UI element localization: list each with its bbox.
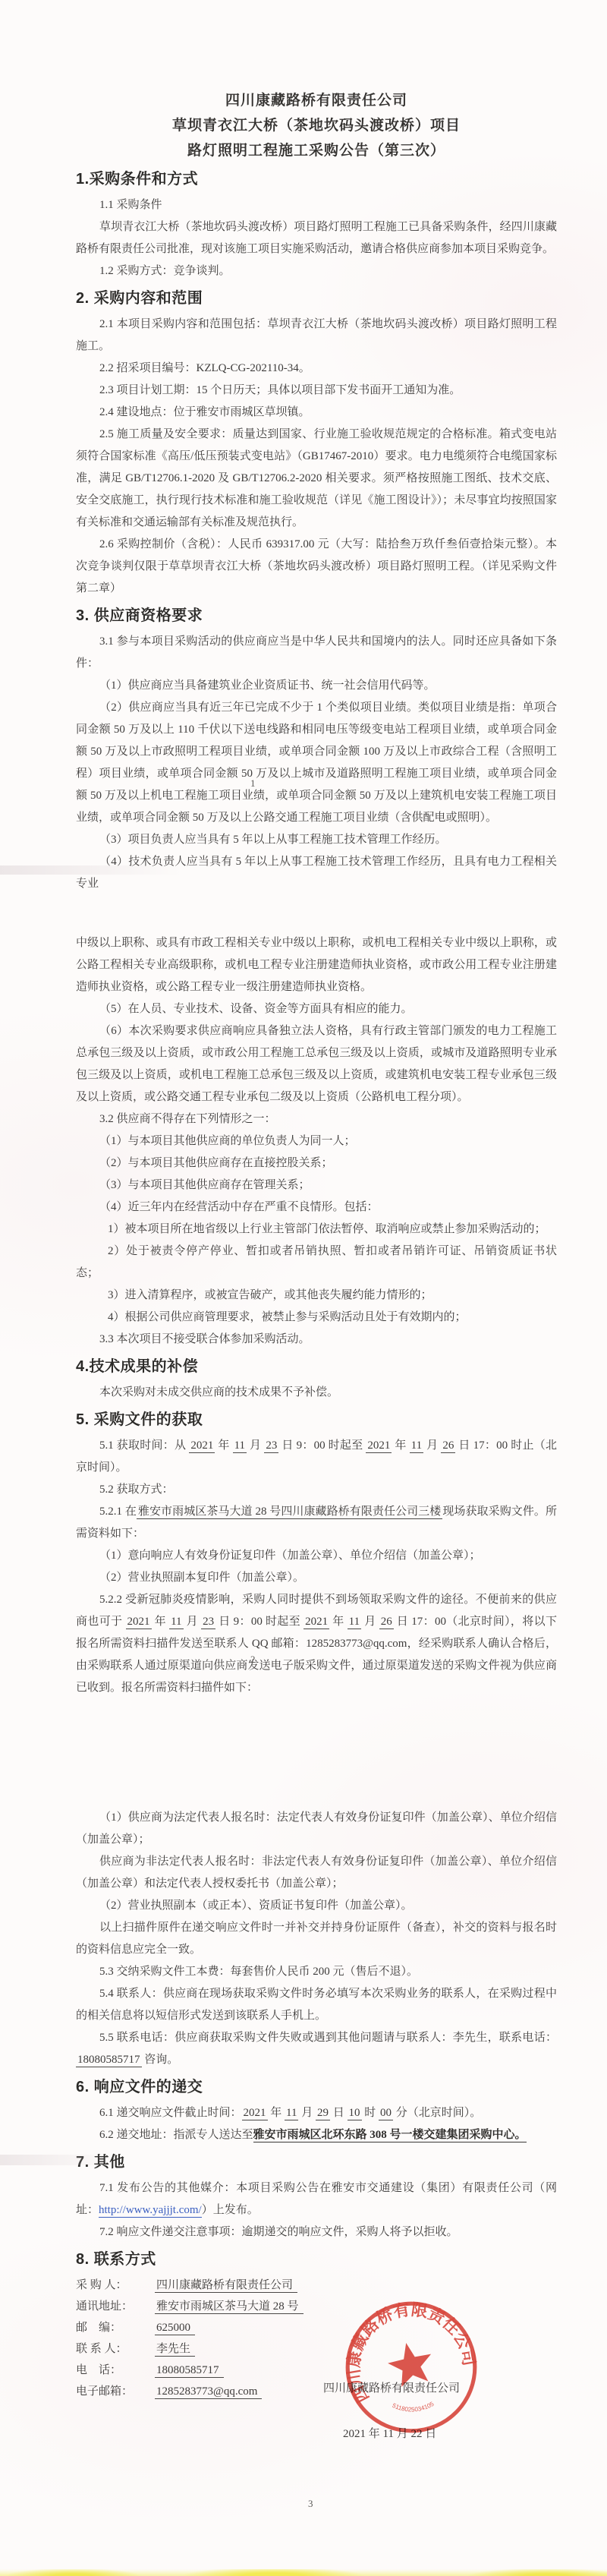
paragraph: 2.4 建设地点：位于雅安市雨城区草坝镇。 [76, 402, 557, 424]
paragraph: 7.2 响应文件递交注意事项：逾期递交的响应文件，采购人将予以拒收。 [76, 2221, 557, 2243]
text-segment: 3.1 参与本项目采购活动的供应商应当是中华人民共和国境内的法人。同时还应具备如… [76, 635, 557, 670]
text-segment: 7.2 响应文件递交注意事项：逾期递交的响应文件，采购人将予以拒收。 [99, 2226, 458, 2238]
text-segment: 1.1 采购条件 [99, 199, 162, 211]
text-segment: 分（北京时间）。 [393, 2107, 481, 2119]
contact-label: 通讯地址： [76, 2296, 155, 2317]
text-segment: 2.6 采购控制价（含税）：人民币 639317.00 元（大写：陆拾叁万玖仟叁… [76, 538, 557, 594]
scan-streak [0, 865, 182, 875]
document-title: 四川康藏路桥有限责任公司 草坝青衣江大桥（茶地坎码头渡改桥）项目 路灯照明工程施… [76, 88, 557, 163]
text-segment: （1）意向响应人有效身份证复印件（加盖公章）、单位介绍信（加盖公章）； [99, 1550, 481, 1562]
paragraph: （5）在人员、专业技术、设备、资金等方面具有相应的能力。 [76, 998, 557, 1020]
paragraph: 1.1 采购条件 [76, 194, 557, 216]
announcement-site-link[interactable]: http://www.yajjjt.com/ [99, 2204, 202, 2218]
text-segment: （5）在人员、专业技术、设备、资金等方面具有相应的能力。 [99, 1003, 413, 1015]
text-segment: 日 [330, 2107, 348, 2119]
paragraph: 2.3 项目计划工期：15 个日历天；具体以项目部下发书面开工通知为准。 [76, 380, 557, 402]
section-heading: 5. 采购文件的获取 [76, 1408, 557, 1432]
text-segment: 3）进入清算程序，或被宣告破产，或其他丧失履约能力情形的； [108, 1289, 432, 1301]
contact-value: 18080585717 [155, 2364, 224, 2378]
paragraph: （6）本次采购要求供应商响应具备独立法人资格，具有行政主管部门颁发的电力工程施工… [76, 1020, 557, 1108]
emphasized-text: 11 [410, 1439, 423, 1453]
text-segment: （6）本次采购要求供应商响应具备独立法人资格，具有行政主管部门颁发的电力工程施工… [76, 1025, 557, 1103]
contact-label: 联 系 人： [76, 2338, 155, 2360]
paragraph: （1）供应商为法定代表人报名时：法定代表人有效身份证复印件（加盖公章）、单位介绍… [76, 1807, 557, 1851]
text-segment: （4）近三年内在经营活动中存在严重不良情形。包括： [99, 1201, 379, 1213]
page-1: 四川康藏路桥有限责任公司 草坝青衣江大桥（茶地坎码头渡改桥）项目 路灯照明工程施… [0, 0, 607, 820]
paragraph: 5.1 获取时间：从 2021 年 11 月 23 日 9：00 时起至 202… [76, 1435, 557, 1479]
text-segment: 年 [392, 1439, 409, 1452]
text-segment: 1）被本项目所在地省级以上行业主管部门依法暂停、取消响应或禁止参加采购活动的； [108, 1223, 546, 1235]
text-segment: 月 [361, 1616, 379, 1628]
contact-value: 李先生 [155, 2343, 195, 2357]
paragraph: 2）处于被责令停产停业、暂扣或者吊销执照、暂扣或者吊销许可证、吊销资质证书状态； [76, 1241, 557, 1285]
page-2-body: 中级以上职称、或具有市政工程相关专业中级以上职称，或机电工程相关专业中级以上职称… [76, 932, 557, 1699]
text-segment: 4）根据公司供应商管理要求，被禁止参与采购活动且处于有效期内的； [108, 1311, 467, 1323]
section-heading: 8. 联系方式 [76, 2248, 557, 2272]
text-segment: 以上扫描件原件在递交响应文件时一并补交并持身份证原件（备查），补交的资料与报名时… [76, 1922, 557, 1956]
contact-row: 采 购 人：四川康藏路桥有限责任公司 [76, 2275, 557, 2296]
text-segment: 6.1 递交响应文件截止时间： [99, 2107, 242, 2119]
text-segment: （1）供应商应当具备建筑业企业资质证书、统一社会信用代码等。 [99, 679, 436, 692]
text-segment: 5.1 获取时间：从 [99, 1439, 189, 1452]
paragraph: （1）意向响应人有效身份证复印件（加盖公章）、单位介绍信（加盖公章）； [76, 1545, 557, 1567]
page-number: 1 [250, 777, 256, 790]
emphasized-text: 2021 [189, 1439, 215, 1453]
emphasized-text: 雅安市雨城区北环东路 308 号一楼交建集团采购中心。 [253, 2129, 527, 2142]
text-segment: （2）营业执照副本复印件（加盖公章）。 [99, 1572, 304, 1584]
paragraph: 5.2.1 在雅安市雨城区茶马大道 28 号四川康藏路桥有限责任公司三楼现场获取… [76, 1501, 557, 1545]
emphasized-text: 11 [285, 2107, 298, 2120]
paragraph: 本次采购对未成交供应商的技术成果不予补偿。 [76, 1382, 557, 1404]
section-heading: 7. 其他 [76, 2151, 557, 2174]
paragraph: 5.2 获取方式： [76, 1479, 557, 1501]
text-segment: 5. 采购文件的获取 [76, 1411, 203, 1428]
emphasized-text: 26 [379, 1616, 394, 1629]
text-segment: 时 [362, 2107, 379, 2119]
text-segment: 2.1 本项目采购内容和范围包括：草坝青衣江大桥（茶地坎码头渡改桥）项目路灯照明… [76, 318, 557, 352]
contact-label: 邮 编： [76, 2317, 155, 2338]
paragraph: 1.2 采购方式：竞争谈判。 [76, 260, 557, 282]
paragraph: 7.1 发布公告的其他媒介：本项目采购公告在雅安市交通建设（集团）有限责任公司（… [76, 2177, 557, 2221]
text-segment: 5.5 联系电话：供应商获取采购文件失败或遇到其他问题请与联系人：李先生，联系电… [99, 2032, 557, 2044]
text-segment: 日 9：00 时起至 [215, 1616, 303, 1628]
page-1-body: 1.采购条件和方式1.1 采购条件草坝青衣江大桥（茶地坎码头渡改桥）项目路灯照明… [76, 168, 557, 895]
paragraph: 1）被本项目所在地省级以上行业主管部门依法暂停、取消响应或禁止参加采购活动的； [76, 1219, 557, 1241]
text-segment: （1）与本项目其他供应商的单位负责人为同一人； [99, 1135, 356, 1147]
paragraph: 2.6 采购控制价（含税）：人民币 639317.00 元（大写：陆拾叁万玖仟叁… [76, 534, 557, 600]
paragraph: 供应商为非法定代表人报名时：非法定代表人有效身份证复印件（加盖公章）、单位介绍信… [76, 1851, 557, 1895]
text-segment: 草坝青衣江大桥（茶地坎码头渡改桥）项目路灯照明工程施工已具备采购条件，经四川康藏… [76, 221, 557, 255]
page-number: 3 [308, 2498, 313, 2510]
section-heading: 2. 采购内容和范围 [76, 287, 557, 311]
paragraph: 4）根据公司供应商管理要求，被禁止参与采购活动且处于有效期内的； [76, 1307, 557, 1329]
section-heading: 1.采购条件和方式 [76, 168, 557, 191]
text-segment: 5.2.1 在 [99, 1506, 137, 1518]
title-line-2: 草坝青衣江大桥（茶地坎码头渡改桥）项目 [76, 113, 557, 138]
text-segment: （2）供应商应当具有近三年已完成不少于 1 个类似项目业绩。类似项目业绩是指：单… [76, 702, 557, 824]
contact-value: 雅安市雨城区茶马大道 28 号 [155, 2300, 303, 2314]
paragraph: 5.3 交纳采购文件工本费：每套售价人民币 200 元（售后不退）。 [76, 1961, 557, 1983]
scan-edge-artifact [0, 2569, 607, 2576]
text-segment: 3.3 本次项目不接受联合体参加采购活动。 [99, 1333, 310, 1345]
contact-label: 采 购 人： [76, 2275, 155, 2296]
paragraph: 2.1 本项目采购内容和范围包括：草坝青衣江大桥（茶地坎码头渡改桥）项目路灯照明… [76, 314, 557, 358]
emphasized-text: 29 [316, 2107, 330, 2120]
text-segment: （2）与本项目其他供应商存在直接控股关系； [99, 1157, 333, 1169]
text-segment: （3）与本项目其他供应商存在管理关系； [99, 1179, 310, 1191]
emphasized-text: 雅安市雨城区茶马大道 28 号四川康藏路桥有限责任公司三楼 [137, 1506, 442, 1519]
seal-code-text: 5118025034105 [390, 2394, 436, 2418]
text-segment: 5.4 联系人：供应商在现场获取采购文件时务必填写本次采购业务的联系人，在采购过… [76, 1988, 557, 2022]
text-segment: 8. 联系方式 [76, 2251, 156, 2268]
text-segment: 月 [184, 1616, 202, 1628]
emphasized-text: 2021 [126, 1616, 152, 1629]
paragraph: （2）营业执照副本复印件（加盖公章）。 [76, 1567, 557, 1589]
text-segment: （2）营业执照副本（或正本）、资质证书复印件（加盖公章）。 [99, 1900, 413, 1912]
text-segment: 2.4 建设地点：位于雅安市雨城区草坝镇。 [99, 406, 310, 418]
svg-text:5118025034105: 5118025034105 [390, 2394, 436, 2418]
paragraph: 5.4 联系人：供应商在现场获取采购文件时务必填写本次采购业务的联系人，在采购过… [76, 1983, 557, 2027]
paragraph: 2.2 招采项目编号：KZLQ-CG-202110-34。 [76, 358, 557, 380]
section-heading: 3. 供应商资格要求 [76, 604, 557, 628]
contact-label: 电子邮箱： [76, 2381, 155, 2402]
paragraph: （1）供应商应当具备建筑业企业资质证书、统一社会信用代码等。 [76, 675, 557, 697]
text-segment: 1.2 采购方式：竞争谈判。 [99, 265, 231, 277]
text-segment: 本次采购对未成交供应商的技术成果不予补偿。 [99, 1386, 338, 1398]
text-segment: 供应商为非法定代表人报名时：非法定代表人有效身份证复印件（加盖公章）、单位介绍信… [76, 1856, 557, 1890]
text-segment: 5.3 交纳采购文件工本费：每套售价人民币 200 元（售后不退）。 [99, 1966, 418, 1978]
paragraph: （2）营业执照副本（或正本）、资质证书复印件（加盖公章）。 [76, 1895, 557, 1917]
text-segment: 2）处于被责令停产停业、暂扣或者吊销执照、暂扣或者吊销许可证、吊销资质证书状态； [76, 1245, 557, 1279]
emphasized-text: 2021 [366, 1439, 392, 1453]
paragraph: 2.5 施工质量及安全要求：质量达到国家、行业施工验收规范规定的合格标准。箱式变… [76, 424, 557, 534]
section-heading: 4.技术成果的补偿 [76, 1355, 557, 1379]
text-segment: 3. 供应商资格要求 [76, 607, 203, 624]
page-3: （1）供应商为法定代表人报名时：法定代表人有效身份证复印件（加盖公章）、单位介绍… [0, 1678, 607, 2576]
emphasized-text: 23 [264, 1439, 278, 1453]
contact-value: 1285283773@qq.com [155, 2385, 262, 2399]
paragraph: 6.1 递交响应文件截止时间：2021 年 11 月 29 日 10 时 00 … [76, 2102, 557, 2124]
paragraph: 中级以上职称、或具有市政工程相关专业中级以上职称，或机电工程相关专业中级以上职称… [76, 932, 557, 998]
emphasized-text: 2021 [242, 2107, 268, 2120]
text-segment: 2. 采购内容和范围 [76, 290, 203, 307]
paragraph: 以上扫描件原件在递交响应文件时一并补交并持身份证原件（备查），补交的资料与报名时… [76, 1917, 557, 1961]
section-heading: 6. 响应文件的递交 [76, 2076, 557, 2099]
text-segment: 6.2 递交地址：指派专人送达至 [99, 2129, 253, 2141]
text-segment: 年 [215, 1439, 232, 1452]
emphasized-text: 23 [201, 1616, 215, 1629]
text-segment: 2.2 招采项目编号：KZLQ-CG-202110-34。 [99, 362, 310, 374]
text-segment: 7. 其他 [76, 2154, 125, 2171]
text-segment: 年 [329, 1616, 348, 1628]
text-segment: （1）供应商为法定代表人报名时：法定代表人有效身份证复印件（加盖公章）、单位介绍… [76, 1811, 557, 1846]
page-number: 2 [250, 1654, 256, 1666]
emphasized-text: 2021 [303, 1616, 329, 1629]
text-segment: 6. 响应文件的递交 [76, 2079, 203, 2095]
paragraph: 5.5 联系电话：供应商获取采购文件失败或遇到其他问题请与联系人：李先生，联系电… [76, 2027, 557, 2071]
text-segment: 1.采购条件和方式 [76, 171, 198, 188]
paragraph: （1）与本项目其他供应商的单位负责人为同一人； [76, 1130, 557, 1152]
page-3-body: （1）供应商为法定代表人报名时：法定代表人有效身份证复印件（加盖公章）、单位介绍… [76, 1807, 557, 2272]
title-line-3: 路灯照明工程施工采购公告（第三次） [76, 138, 557, 163]
text-segment: 2.3 项目计划工期：15 个日历天；具体以项目部下发书面开工通知为准。 [99, 384, 461, 396]
text-segment: 咨询。 [142, 2054, 179, 2066]
paragraph: 3.1 参与本项目采购活动的供应商应当是中华人民共和国境内的法人。同时还应具备如… [76, 631, 557, 675]
paragraph: （4）近三年内在经营活动中存在严重不良情形。包括： [76, 1197, 557, 1219]
paragraph: （3）与本项目其他供应商存在管理关系； [76, 1174, 557, 1197]
text-segment: 月 [247, 1439, 264, 1452]
emphasized-text: 18080585717 [76, 2054, 142, 2067]
paragraph: 3）进入清算程序，或被宣告破产，或其他丧失履约能力情形的； [76, 1285, 557, 1307]
paragraph: 3.2 供应商不得存在下列情形之一： [76, 1108, 557, 1130]
paragraph: （2）与本项目其他供应商存在直接控股关系； [76, 1152, 557, 1174]
page-2: 中级以上职称、或具有市政工程相关专业中级以上职称，或机电工程相关专业中级以上职称… [0, 820, 607, 1678]
star-icon [385, 2338, 437, 2388]
text-segment: 月 [298, 2107, 316, 2119]
scanned-document: 四川康藏路桥有限责任公司 草坝青衣江大桥（茶地坎码头渡改桥）项目 路灯照明工程施… [0, 0, 607, 2576]
emphasized-text: 26 [441, 1439, 455, 1453]
company-seal: 四川康藏路桥有限责任公司 5118025034105 [329, 2284, 494, 2450]
emphasized-text: 10 [348, 2107, 362, 2120]
title-line-1: 四川康藏路桥有限责任公司 [76, 88, 557, 113]
text-segment: 年 [268, 2107, 285, 2119]
text-segment: 年 [152, 1616, 170, 1628]
paragraph: 6.2 递交地址：指派专人送达至雅安市雨城区北环东路 308 号一楼交建集团采购… [76, 2124, 557, 2146]
text-segment: ）上发布。 [202, 2204, 259, 2216]
emphasized-text: 00 [379, 2107, 393, 2120]
paragraph: （2）供应商应当具有近三年已完成不少于 1 个类似项目业绩。类似项目业绩是指：单… [76, 697, 557, 829]
text-segment: 月 [423, 1439, 441, 1452]
text-segment: 日 9：00 时起至 [278, 1439, 366, 1452]
text-segment: 3.2 供应商不得存在下列情形之一： [99, 1113, 276, 1125]
contact-value: 四川康藏路桥有限责任公司 [155, 2279, 297, 2293]
text-segment: 5.2 获取方式： [99, 1483, 174, 1496]
contact-value: 625000 [155, 2322, 195, 2335]
contact-label: 电 话： [76, 2360, 155, 2381]
paragraph: 3.3 本次项目不接受联合体参加采购活动。 [76, 1329, 557, 1351]
text-segment: 4.技术成果的补偿 [76, 1358, 198, 1375]
emphasized-text: 11 [233, 1439, 247, 1453]
contact-row: 通讯地址：雅安市雨城区茶马大道 28 号 [76, 2296, 557, 2317]
text-segment: 2.5 施工质量及安全要求：质量达到国家、行业施工验收规范规定的合格标准。箱式变… [76, 428, 557, 528]
text-segment: 中级以上职称、或具有市政工程相关专业中级以上职称，或机电工程相关专业中级以上职称… [76, 937, 557, 993]
paragraph: 草坝青衣江大桥（茶地坎码头渡改桥）项目路灯照明工程施工已具备采购条件，经四川康藏… [76, 216, 557, 260]
emphasized-text: 11 [348, 1616, 361, 1629]
contact-row: 联 系 人：李先生 [76, 2338, 557, 2360]
contact-row: 邮 编：625000 [76, 2317, 557, 2338]
emphasized-text: 11 [169, 1616, 183, 1629]
